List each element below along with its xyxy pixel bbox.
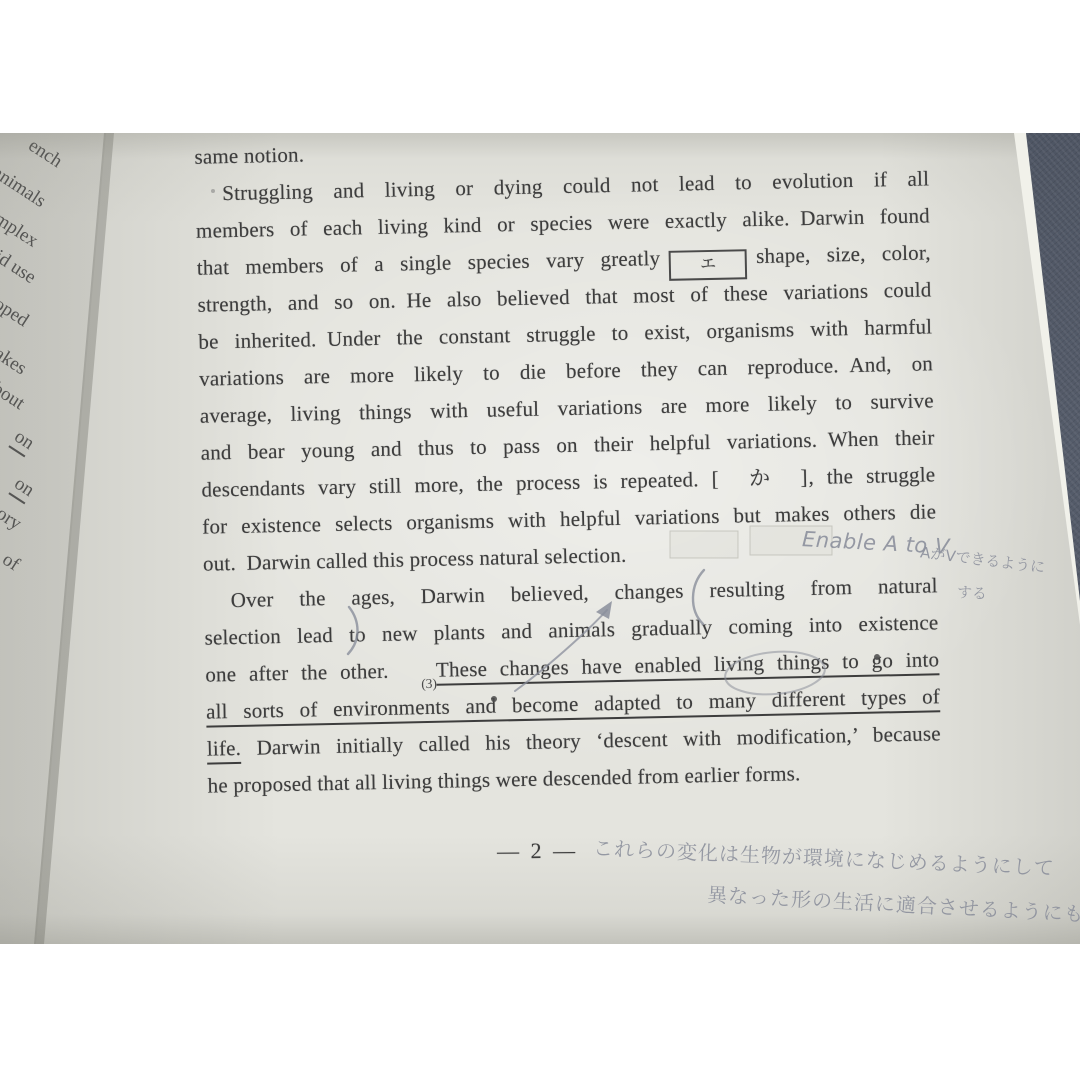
handwritten-note-gloss-1: AがVできるように bbox=[919, 541, 1046, 577]
handwritten-translation-1: これらの変化は生物が環境になじめるようにして bbox=[593, 832, 1056, 881]
screenshot-canvas: enchanimalsomplexid useelopednakesbouton… bbox=[0, 0, 1080, 1080]
handwritten-note-gloss-2: する bbox=[956, 581, 987, 604]
page-number: — 2 — bbox=[497, 838, 578, 865]
facing-page-fragment: on bbox=[8, 426, 38, 457]
handwritten-translation-2: 異なった形の生活に適合させるようにもした。 bbox=[707, 878, 1080, 930]
text-segment: he proposed that all living things were … bbox=[207, 761, 800, 797]
facing-page-fragment: eloped bbox=[0, 286, 32, 332]
facing-page-fragment: of bbox=[0, 549, 23, 576]
text-segment: out. Darwin called this process natural … bbox=[203, 543, 627, 576]
facing-page-fragment: bout bbox=[0, 378, 28, 415]
bracket-blank: [ か ] bbox=[711, 465, 808, 491]
text-segment: shape, size, color, bbox=[756, 240, 931, 268]
book-page-photo: enchanimalsomplexid useelopednakesbouton… bbox=[0, 133, 1080, 944]
text-segment: that members of a single species vary gr… bbox=[197, 246, 661, 280]
facing-page-fragment: ench bbox=[24, 135, 66, 173]
text-segment: Darwin initially called his theory ‘desc… bbox=[256, 721, 941, 759]
facing-page-fragment: animals bbox=[0, 162, 50, 213]
facing-page-fragment: id use bbox=[0, 246, 40, 289]
printed-text: same notion.Struggling and living or dyi… bbox=[194, 133, 942, 805]
text-segment: same notion. bbox=[194, 142, 304, 168]
underlined-passage: life. bbox=[207, 736, 242, 765]
facing-page-fragment: on bbox=[8, 473, 38, 504]
text-segment: descendants vary still more, the process… bbox=[201, 467, 699, 501]
text-segment: one after the other. bbox=[205, 659, 389, 687]
facing-page-fragment: ory bbox=[0, 503, 25, 535]
text-segment: , the struggle bbox=[808, 462, 935, 489]
facing-page-fragment: nakes bbox=[0, 338, 30, 380]
